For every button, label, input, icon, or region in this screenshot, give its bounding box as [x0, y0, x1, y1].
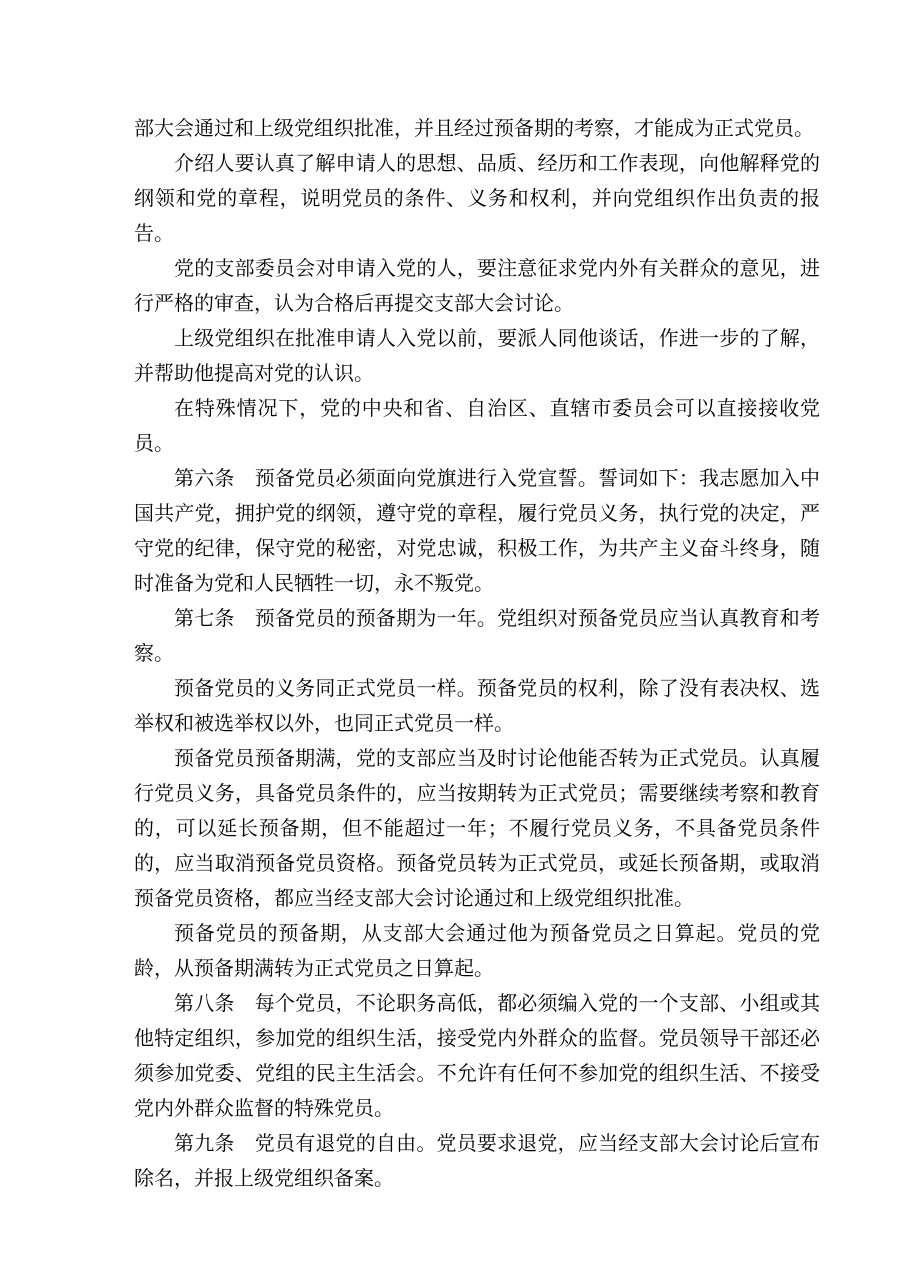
- paragraph: 部大会通过和上级党组织批准，并且经过预备期的考察，才能成为正式党员。: [134, 111, 820, 146]
- paragraph: 预备党员预备期满，党的支部应当及时讨论他能否转为正式党员。认真履行党员义务，具备…: [134, 741, 820, 916]
- paragraph: 第八条 每个党员，不论职务高低，都必须编入党的一个支部、小组或其他特定组织，参加…: [134, 986, 820, 1126]
- paragraph: 上级党组织在批准申请人入党以前，要派人同他谈话，作进一步的了解，并帮助他提高对党…: [134, 321, 820, 391]
- paragraph: 第六条 预备党员必须面向党旗进行入党宣誓。誓词如下：我志愿加入中国共产党，拥护党…: [134, 461, 820, 601]
- paragraph: 预备党员的预备期，从支部大会通过他为预备党员之日算起。党员的党龄，从预备期满转为…: [134, 916, 820, 986]
- paragraph: 在特殊情况下，党的中央和省、自治区、直辖市委员会可以直接接收党员。: [134, 391, 820, 461]
- document-body: 部大会通过和上级党组织批准，并且经过预备期的考察，才能成为正式党员。介绍人要认真…: [134, 111, 820, 1196]
- document-page: 部大会通过和上级党组织批准，并且经过预备期的考察，才能成为正式党员。介绍人要认真…: [0, 0, 900, 1272]
- paragraph: 第九条 党员有退党的自由。党员要求退党，应当经支部大会讨论后宣布除名，并报上级党…: [134, 1126, 820, 1196]
- paragraph: 预备党员的义务同正式党员一样。预备党员的权利，除了没有表决权、选举权和被选举权以…: [134, 671, 820, 741]
- paragraph: 党的支部委员会对申请入党的人，要注意征求党内外有关群众的意见，进行严格的审查，认…: [134, 251, 820, 321]
- paragraph: 介绍人要认真了解申请人的思想、品质、经历和工作表现，向他解释党的纲领和党的章程，…: [134, 146, 820, 251]
- paragraph: 第七条 预备党员的预备期为一年。党组织对预备党员应当认真教育和考察。: [134, 601, 820, 671]
